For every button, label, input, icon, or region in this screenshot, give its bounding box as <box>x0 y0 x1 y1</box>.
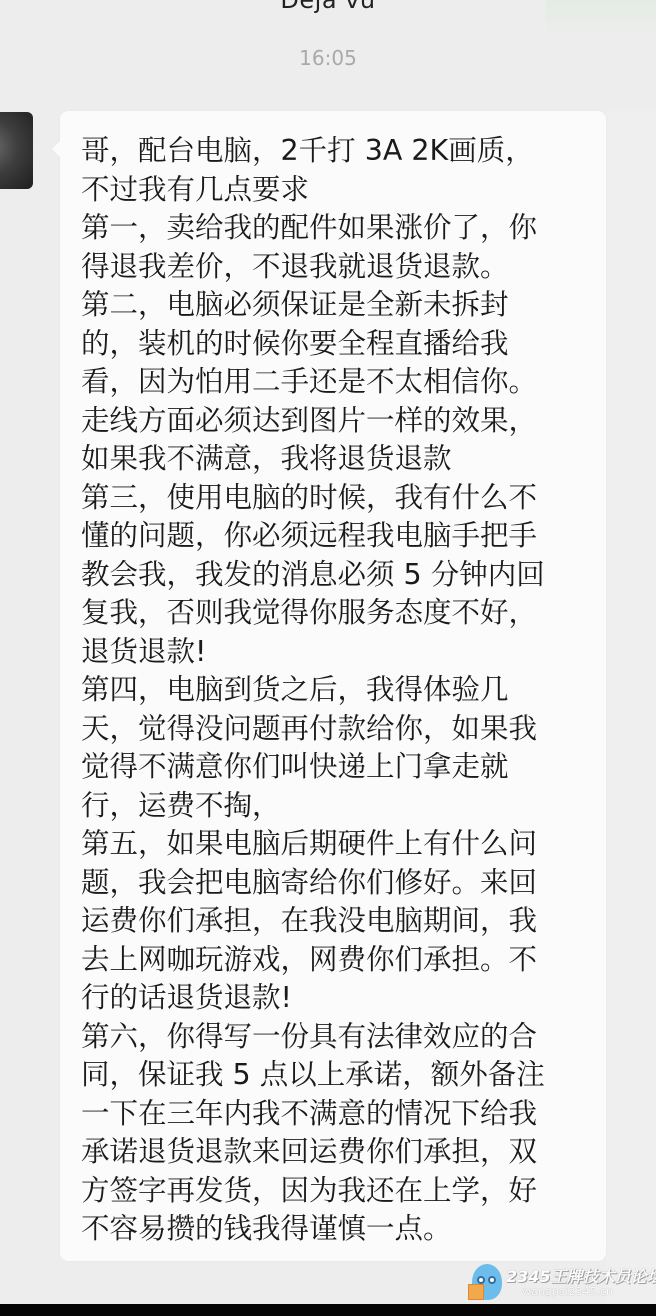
message-line: 第一，卖给我的配件如果涨价了，你 <box>81 209 601 248</box>
message-line: 退货退款! <box>81 633 601 672</box>
message-line: 承诺退货退款来回运费你们承担，双 <box>81 1133 601 1172</box>
message-line: 走线方面必须达到图片一样的效果， <box>81 402 601 441</box>
message-line: 的，装机的时候你要全程直播给我 <box>81 325 601 364</box>
message-line: 不过我有几点要求 <box>81 171 601 210</box>
message-line: 哥，配台电脑，2千打 3A 2K画质， <box>81 132 601 171</box>
message-line: 行，运费不掏， <box>81 787 601 826</box>
chat-background-strip <box>606 111 656 1306</box>
message-line: 同，保证我 5 点以上承诺，额外备注 <box>81 1056 601 1095</box>
message-line: 第五，如果电脑后期硬件上有什么问 <box>81 825 601 864</box>
message-line: 第二，电脑必须保证是全新未拆封 <box>81 286 601 325</box>
message-line: 教会我，我发的消息必须 5 分钟内回 <box>81 556 601 595</box>
chat-header: Deja vu <box>0 0 656 28</box>
message-line: 题，我会把电脑寄给你们修好。来回 <box>81 864 601 903</box>
message-line: 一下在三年内我不满意的情况下给我 <box>81 1095 601 1134</box>
message-timestamp: 16:05 <box>0 46 656 70</box>
watermark-title: 2345王牌技术员论坛 <box>506 1264 656 1287</box>
message-line: 第六，你得写一份具有法律效应的合 <box>81 1018 601 1057</box>
message-line: 不容易攒的钱我得谨慎一点。 <box>81 1210 601 1249</box>
watermark: 2345王牌技术员论坛 wangpai2345.cn <box>470 1262 656 1304</box>
message-line: 觉得不满意你们叫快递上门拿走就 <box>81 748 601 787</box>
message-line: 方签字再发货，因为我还在上学，好 <box>81 1172 601 1211</box>
message-line: 懂的问题，你必须远程我电脑手把手 <box>81 517 601 556</box>
message-line: 得退我差价，不退我就退货退款。 <box>81 248 601 287</box>
avatar[interactable] <box>0 112 33 189</box>
message-line: 天，觉得没问题再付款给你，如果我 <box>81 710 601 749</box>
message-line: 复我，否则我觉得你服务态度不好， <box>81 594 601 633</box>
mascot-eye-icon <box>477 1276 485 1284</box>
gift-icon <box>468 1284 484 1300</box>
message-text: 哥，配台电脑，2千打 3A 2K画质， 不过我有几点要求 第一，卖给我的配件如果… <box>81 132 601 1249</box>
contact-name: Deja vu <box>0 0 656 14</box>
watermark-url: wangpai2345.cn <box>522 1285 613 1298</box>
bottom-edge <box>0 1304 656 1316</box>
message-line: 看，因为怕用二手还是不太相信你。 <box>81 363 601 402</box>
message-line: 第三，使用电脑的时候，我有什么不 <box>81 479 601 518</box>
message-line: 第四，电脑到货之后，我得体验几 <box>81 671 601 710</box>
message-line: 运费你们承担，在我没电脑期间，我 <box>81 902 601 941</box>
message-line: 去上网咖玩游戏，网费你们承担。不 <box>81 941 601 980</box>
mascot-eye-icon <box>488 1276 496 1284</box>
message-line: 行的话退货退款! <box>81 979 601 1018</box>
message-line: 如果我不满意，我将退货退款 <box>81 440 601 479</box>
